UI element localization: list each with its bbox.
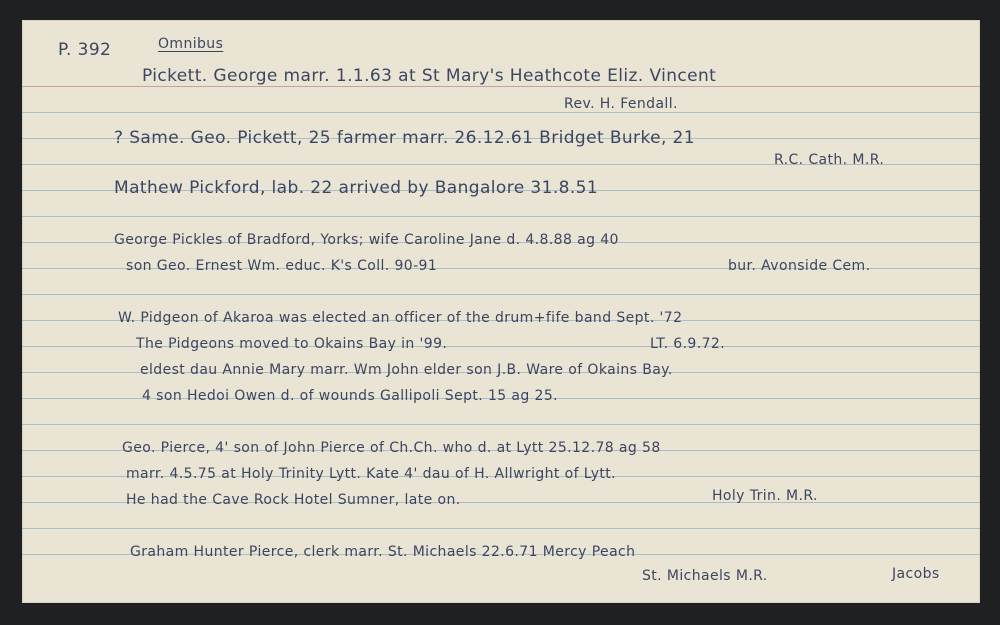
ruled-line bbox=[22, 112, 980, 113]
entry-line: Jacobs bbox=[892, 564, 940, 584]
entry-line: W. Pidgeon of Akaroa was elected an offi… bbox=[118, 308, 682, 328]
entry-line: R.C. Cath. M.R. bbox=[774, 150, 884, 170]
entry-line: Geo. Pierce, 4' son of John Pierce of Ch… bbox=[122, 438, 661, 458]
ruled-line bbox=[22, 424, 980, 425]
entry-line: Pickett. George marr. 1.1.63 at St Mary'… bbox=[142, 66, 716, 86]
entry-line: The Pidgeons moved to Okains Bay in '99. bbox=[136, 334, 447, 354]
entry-line: Mathew Pickford, lab. 22 arrived by Bang… bbox=[114, 178, 598, 198]
entry-line: Rev. H. Fendall. bbox=[564, 94, 678, 114]
entry-line: eldest dau Annie Mary marr. Wm John elde… bbox=[140, 360, 673, 380]
entry-line: Holy Trin. M.R. bbox=[712, 486, 818, 506]
card-reference: P. 392 bbox=[58, 40, 111, 60]
entry-line: St. Michaels M.R. bbox=[642, 566, 768, 586]
entry-line: 4 son Hedoi Owen d. of wounds Gallipoli … bbox=[142, 386, 558, 406]
entry-line: Graham Hunter Pierce, clerk marr. St. Mi… bbox=[130, 542, 635, 562]
entry-line: ? Same. Geo. Pickett, 25 farmer marr. 26… bbox=[114, 128, 695, 148]
index-card: P. 392 Omnibus Pickett. George marr. 1.1… bbox=[22, 20, 980, 603]
entry-line: bur. Avonside Cem. bbox=[728, 256, 870, 276]
entry-line: marr. 4.5.75 at Holy Trinity Lytt. Kate … bbox=[126, 464, 616, 484]
entry-line: son Geo. Ernest Wm. educ. K's Coll. 90-9… bbox=[126, 256, 437, 276]
entry-line: He had the Cave Rock Hotel Sumner, late … bbox=[126, 490, 461, 510]
ruled-line bbox=[22, 294, 980, 295]
entry-line: George Pickles of Bradford, Yorks; wife … bbox=[114, 230, 619, 250]
header-rule bbox=[22, 86, 980, 87]
ruled-line bbox=[22, 216, 980, 217]
ruled-line bbox=[22, 528, 980, 529]
entry-line: LT. 6.9.72. bbox=[650, 334, 725, 354]
card-category: Omnibus bbox=[158, 34, 223, 54]
